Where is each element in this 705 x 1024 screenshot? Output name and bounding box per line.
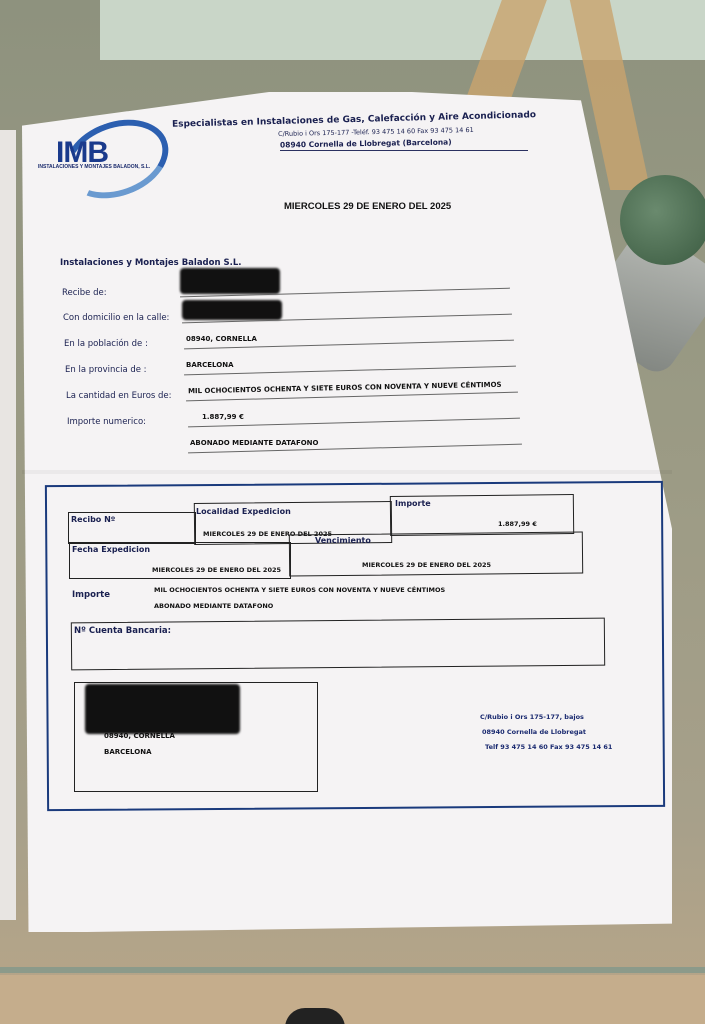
company-address-line1: C/Rubio i Ors 175-177, bajos <box>480 713 584 721</box>
field-value-provincia: BARCELONA <box>186 361 234 369</box>
slip-payment-method: ABONADO MEDIANTE DATAFONO <box>154 602 273 610</box>
background-object <box>285 1008 345 1024</box>
wood-floor <box>0 975 705 1024</box>
label-fecha: Fecha Expedicion <box>72 545 150 554</box>
paper-fold-line <box>22 470 672 474</box>
company-logo: IMB INSTALACIONES Y MONTAJES BALADON, S.… <box>38 122 173 192</box>
label-vencimiento: Vencimiento <box>315 536 371 545</box>
document-date: MIERCOLES 29 DE ENERO DEL 2025 <box>284 201 451 212</box>
label-importe-texto: Importe <box>72 590 110 600</box>
field-label-recibe: Recibe de: <box>62 288 107 298</box>
payment-method: ABONADO MEDIANTE DATAFONO <box>190 439 319 447</box>
recipient-province: BARCELONA <box>104 748 152 756</box>
field-label-domicilio: Con domicilio en la calle: <box>63 313 169 323</box>
glass-table-edge <box>0 967 705 973</box>
field-label-poblacion: En la población de : <box>64 339 148 349</box>
adjacent-paper-edge <box>0 130 16 920</box>
value-importe: 1.887,99 € <box>498 520 537 528</box>
company-address-line2: 08940 Cornella de Llobregat <box>482 728 586 736</box>
redacted-name <box>180 268 280 294</box>
label-localidad: Localidad Expedicion <box>196 507 291 516</box>
background-knob <box>620 175 705 265</box>
recipient-city: 08940, CORNELLA <box>104 732 175 740</box>
field-label-cantidad: La cantidad en Euros de: <box>66 391 172 401</box>
field-value-importe: 1.887,99 € <box>202 413 244 421</box>
redacted-recipient <box>85 684 240 734</box>
label-importe: Importe <box>395 499 431 508</box>
label-cuenta-bancaria: Nº Cuenta Bancaria: <box>74 626 171 636</box>
company-address-line3: Telf 93 475 14 60 Fax 93 475 14 61 <box>485 743 612 751</box>
receipt-company: Instalaciones y Montajes Baladon S.L. <box>60 258 242 268</box>
logo-subtitle: INSTALACIONES Y MONTAJES BALADON, S.L. <box>38 164 150 170</box>
redacted-street <box>182 300 282 320</box>
field-label-importe: Importe numerico: <box>67 417 146 427</box>
field-value-poblacion: 08940, CORNELLA <box>186 335 257 343</box>
label-recibo: Recibo Nº <box>71 515 115 524</box>
field-label-provincia: En la provincia de : <box>65 365 147 375</box>
value-fecha: MIERCOLES 29 DE ENERO DEL 2025 <box>152 566 281 574</box>
header-divider <box>280 150 528 151</box>
value-importe-texto: MIL OCHOCIENTOS OCHENTA Y SIETE EUROS CO… <box>154 586 445 594</box>
value-vencimiento: MIERCOLES 29 DE ENERO DEL 2025 <box>362 561 491 569</box>
